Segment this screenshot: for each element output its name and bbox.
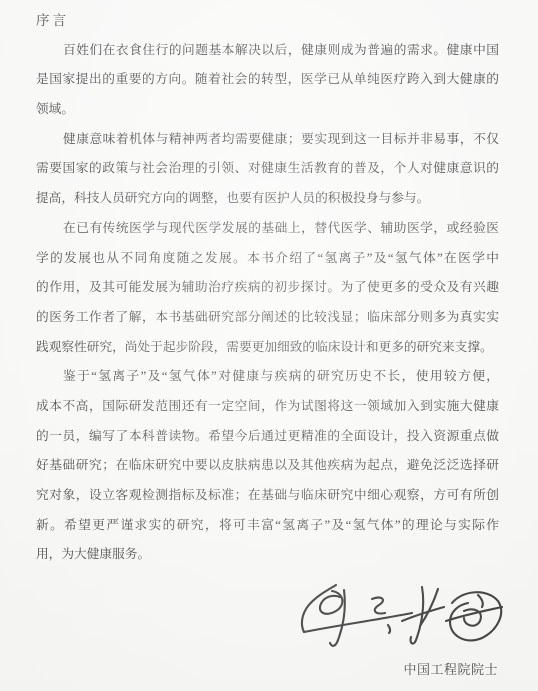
text-line: 学的发展也从不同角度随之发展。本书介绍了“氢离子”及“氢气体”在医学中 xyxy=(36,244,499,274)
preface-paragraphs: 百姓们在衣食住行的问题基本解决以后，健康则成为普遍的需求。健康中国是国家提出的重… xyxy=(36,36,499,570)
text-line: 健康意味着机体与精神两者均需要健康；要实现到这一目标并非易事，不仅 xyxy=(36,125,499,155)
text-line: 的一员，编写了本科普读物。希望今后通过更精准的全面设计，投入资源重点做 xyxy=(36,422,499,452)
text-line: 好基础研究；在临床研究中要以皮肤病患以及其他疾病为起点，避免泛泛选择研 xyxy=(36,451,499,481)
page-title: 序言 xyxy=(36,6,499,36)
text-line: 成本不高，国际研发范围还有一定空间，作为试图将这一领域加入到实施大健康 xyxy=(36,392,499,422)
text-line: 领域。 xyxy=(36,95,499,125)
text-line: 究对象，设立客观检测指标及标准；在基础与临床研究中细心观察，方可有所创 xyxy=(36,481,499,511)
text-line: 需要国家的政策与社会治理的引领、对健康生活教育的普及，个人对健康意识的 xyxy=(36,154,499,184)
text-line: 新。希望更严谨求实的研究，将可丰富“氢离子”及“氢气体”的理论与实际作 xyxy=(36,511,499,541)
text-line: 百姓们在衣食住行的问题基本解决以后，健康则成为普遍的需求。健康中国 xyxy=(36,36,499,66)
text-line: 的医务工作者了解，本书基础研究部分阐述的比较浅显；临床部分则多为真实实 xyxy=(36,303,499,333)
text-line: 提高，科技人员研究方向的调整，也要有医护人员的积极投身与参与。 xyxy=(36,184,499,214)
handwritten-signature xyxy=(292,580,504,662)
preface-body: 序言 百姓们在衣食住行的问题基本解决以后，健康则成为普遍的需求。健康中国是国家提… xyxy=(36,6,499,570)
text-line: 在已有传统医学与现代医学发展的基础上，替代医学、辅助医学，或经验医 xyxy=(36,214,499,244)
scanned-preface-page: 序言 百姓们在衣食住行的问题基本解决以后，健康则成为普遍的需求。健康中国是国家提… xyxy=(0,0,538,691)
signer-title: 中国工程院院士 xyxy=(403,659,498,678)
text-line: 用，为大健康服务。 xyxy=(36,540,499,570)
text-line: 是国家提出的重要的方向。随着社会的转型，医学已从单纯医疗跨入到大健康的 xyxy=(36,65,499,95)
text-line: 鉴于“氢离子”及“氢气体”对健康与疾病的研究历史不长，使用较方便， xyxy=(36,362,499,392)
text-line: 践观察性研究，尚处于起步阶段，需要更加细致的临床设计和更多的研究来支撑。 xyxy=(36,333,499,363)
text-line: 的作用，及其可能发展为辅助治疗疾病的初步探讨。为了使更多的受众及有兴趣 xyxy=(36,273,499,303)
